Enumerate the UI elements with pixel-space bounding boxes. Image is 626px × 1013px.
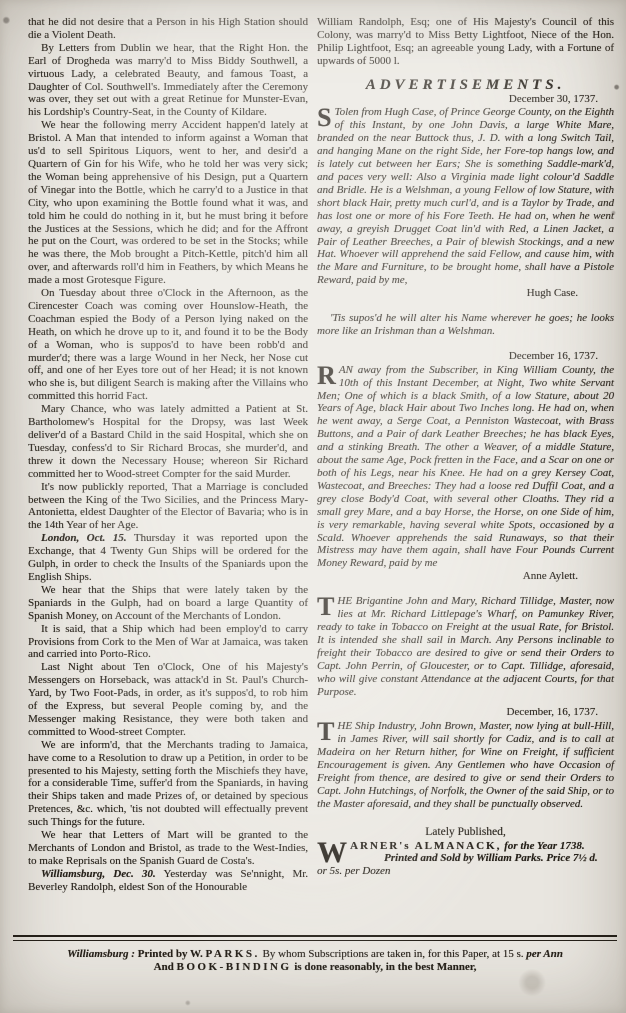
imprint-and: And <box>154 961 177 973</box>
left-column: that he did not desire that a Person in … <box>28 16 308 894</box>
news-paragraph: that he did not desire that a Person in … <box>28 16 308 42</box>
advertisement-ship-industry: THE Ship Industry, John Brown, Master, n… <box>317 720 614 810</box>
imprint-subscriptions: By whom Subscriptions are taken in, for … <box>260 948 527 960</box>
imprint-per-annum: per Ann <box>526 948 563 960</box>
imprint-line-1: Williamsburg : Printed by W. PARKS. By w… <box>13 948 617 960</box>
imprint-printer-name: PARKS. <box>205 948 259 960</box>
drop-cap: T <box>317 595 337 617</box>
newspaper-page: that he did not desire that a Person in … <box>0 0 626 1013</box>
news-paragraph: It's now publickly reported, That a Marr… <box>28 481 308 533</box>
ad-text: HE Brigantine John and Mary, Richard Til… <box>317 595 614 697</box>
news-paragraph: We hear the following merry Accident hap… <box>28 119 308 287</box>
news-paragraph: We hear that the Ships that were lately … <box>28 584 308 623</box>
editor-note: 'Tis supos'd he will alter his Name wher… <box>317 312 614 338</box>
advertisements-heading: ADVERTISEMENTS. <box>317 79 614 92</box>
imprint-printed-by: Printed by W. <box>135 948 206 960</box>
ad-dateline: December 16, 1737. <box>317 350 614 363</box>
drop-cap: S <box>317 106 334 128</box>
footer-double-rule <box>13 935 617 941</box>
imprint-footer: Williamsburg : Printed by W. PARKS. By w… <box>13 935 617 973</box>
news-paragraph: It is said, that a Ship which had been e… <box>28 623 308 662</box>
page-columns: that he did not desire that a Person in … <box>0 0 626 894</box>
news-paragraph-london: London, Oct. 15. Thursday it was reporte… <box>28 532 308 584</box>
right-column: William Randolph, Esq; one of His Majest… <box>317 16 614 878</box>
almanack-printer-line: Printed and Sold by William Parks. Price… <box>317 852 614 865</box>
drop-cap: R <box>317 364 339 386</box>
news-paragraph-continuation: William Randolph, Esq; one of His Majest… <box>317 16 614 68</box>
almanack-year: for the Year 1738. <box>501 840 584 852</box>
drop-cap: T <box>317 720 337 742</box>
drop-cap: W <box>317 840 350 865</box>
almanack-price-line: or 5s. per Dozen <box>317 865 614 878</box>
advertisement-runaway-servants: RAN away from the Subscriber, in King Wi… <box>317 364 614 571</box>
advertisement-stolen-mare: STolen from Hugh Case, of Prince George … <box>317 106 614 287</box>
ad-text: HE Ship Industry, John Brown, Master, no… <box>317 720 614 809</box>
news-paragraph: By Letters from Dublin we hear, that the… <box>28 42 308 119</box>
imprint-binding-rest: is done reasonably, in the best Manner, <box>292 961 477 973</box>
news-paragraph: Mary Chance, who was lately admitted a P… <box>28 403 308 480</box>
news-paragraph: Last Night about Ten o'Clock, One of his… <box>28 661 308 738</box>
imprint-book-binding: BOOK-BINDING <box>177 961 292 973</box>
dateline-lead: Williamsburg, Dec. 30. <box>41 868 156 880</box>
ad-signature: Anne Aylett. <box>317 570 614 583</box>
ad-signature: Hugh Case. <box>317 287 614 300</box>
ad-dateline: December, 16, 1737. <box>317 706 614 719</box>
imprint-place: Williamsburg : <box>67 948 135 960</box>
ad-dateline: December 30, 1737. <box>317 93 614 106</box>
news-paragraph-williamsburg: Williamsburg, Dec. 30. Yesterday was Se'… <box>28 868 308 894</box>
news-paragraph: We are inform'd, that the Merchants trad… <box>28 739 308 829</box>
news-paragraph: On Tuesday about three o'Clock in the Af… <box>28 287 308 403</box>
ad-text: AN away from the Subscriber, in King Wil… <box>317 364 614 570</box>
ad-text: Tolen from Hugh Case, of Prince George C… <box>317 106 614 286</box>
advertisement-brigantine: THE Brigantine John and Mary, Richard Ti… <box>317 595 614 698</box>
lately-published-label: Lately Published, <box>317 826 614 839</box>
almanack-notice: WARNER's ALMANACK, for the Year 1738. Pr… <box>317 840 614 879</box>
dateline-lead: London, Oct. 15. <box>41 532 127 544</box>
imprint-line-2: And BOOK-BINDING is done reasonably, in … <box>13 961 617 973</box>
almanack-title: ARNER's ALMANACK, <box>350 840 501 852</box>
news-paragraph: We hear that Letters of Mart will be gra… <box>28 829 308 868</box>
